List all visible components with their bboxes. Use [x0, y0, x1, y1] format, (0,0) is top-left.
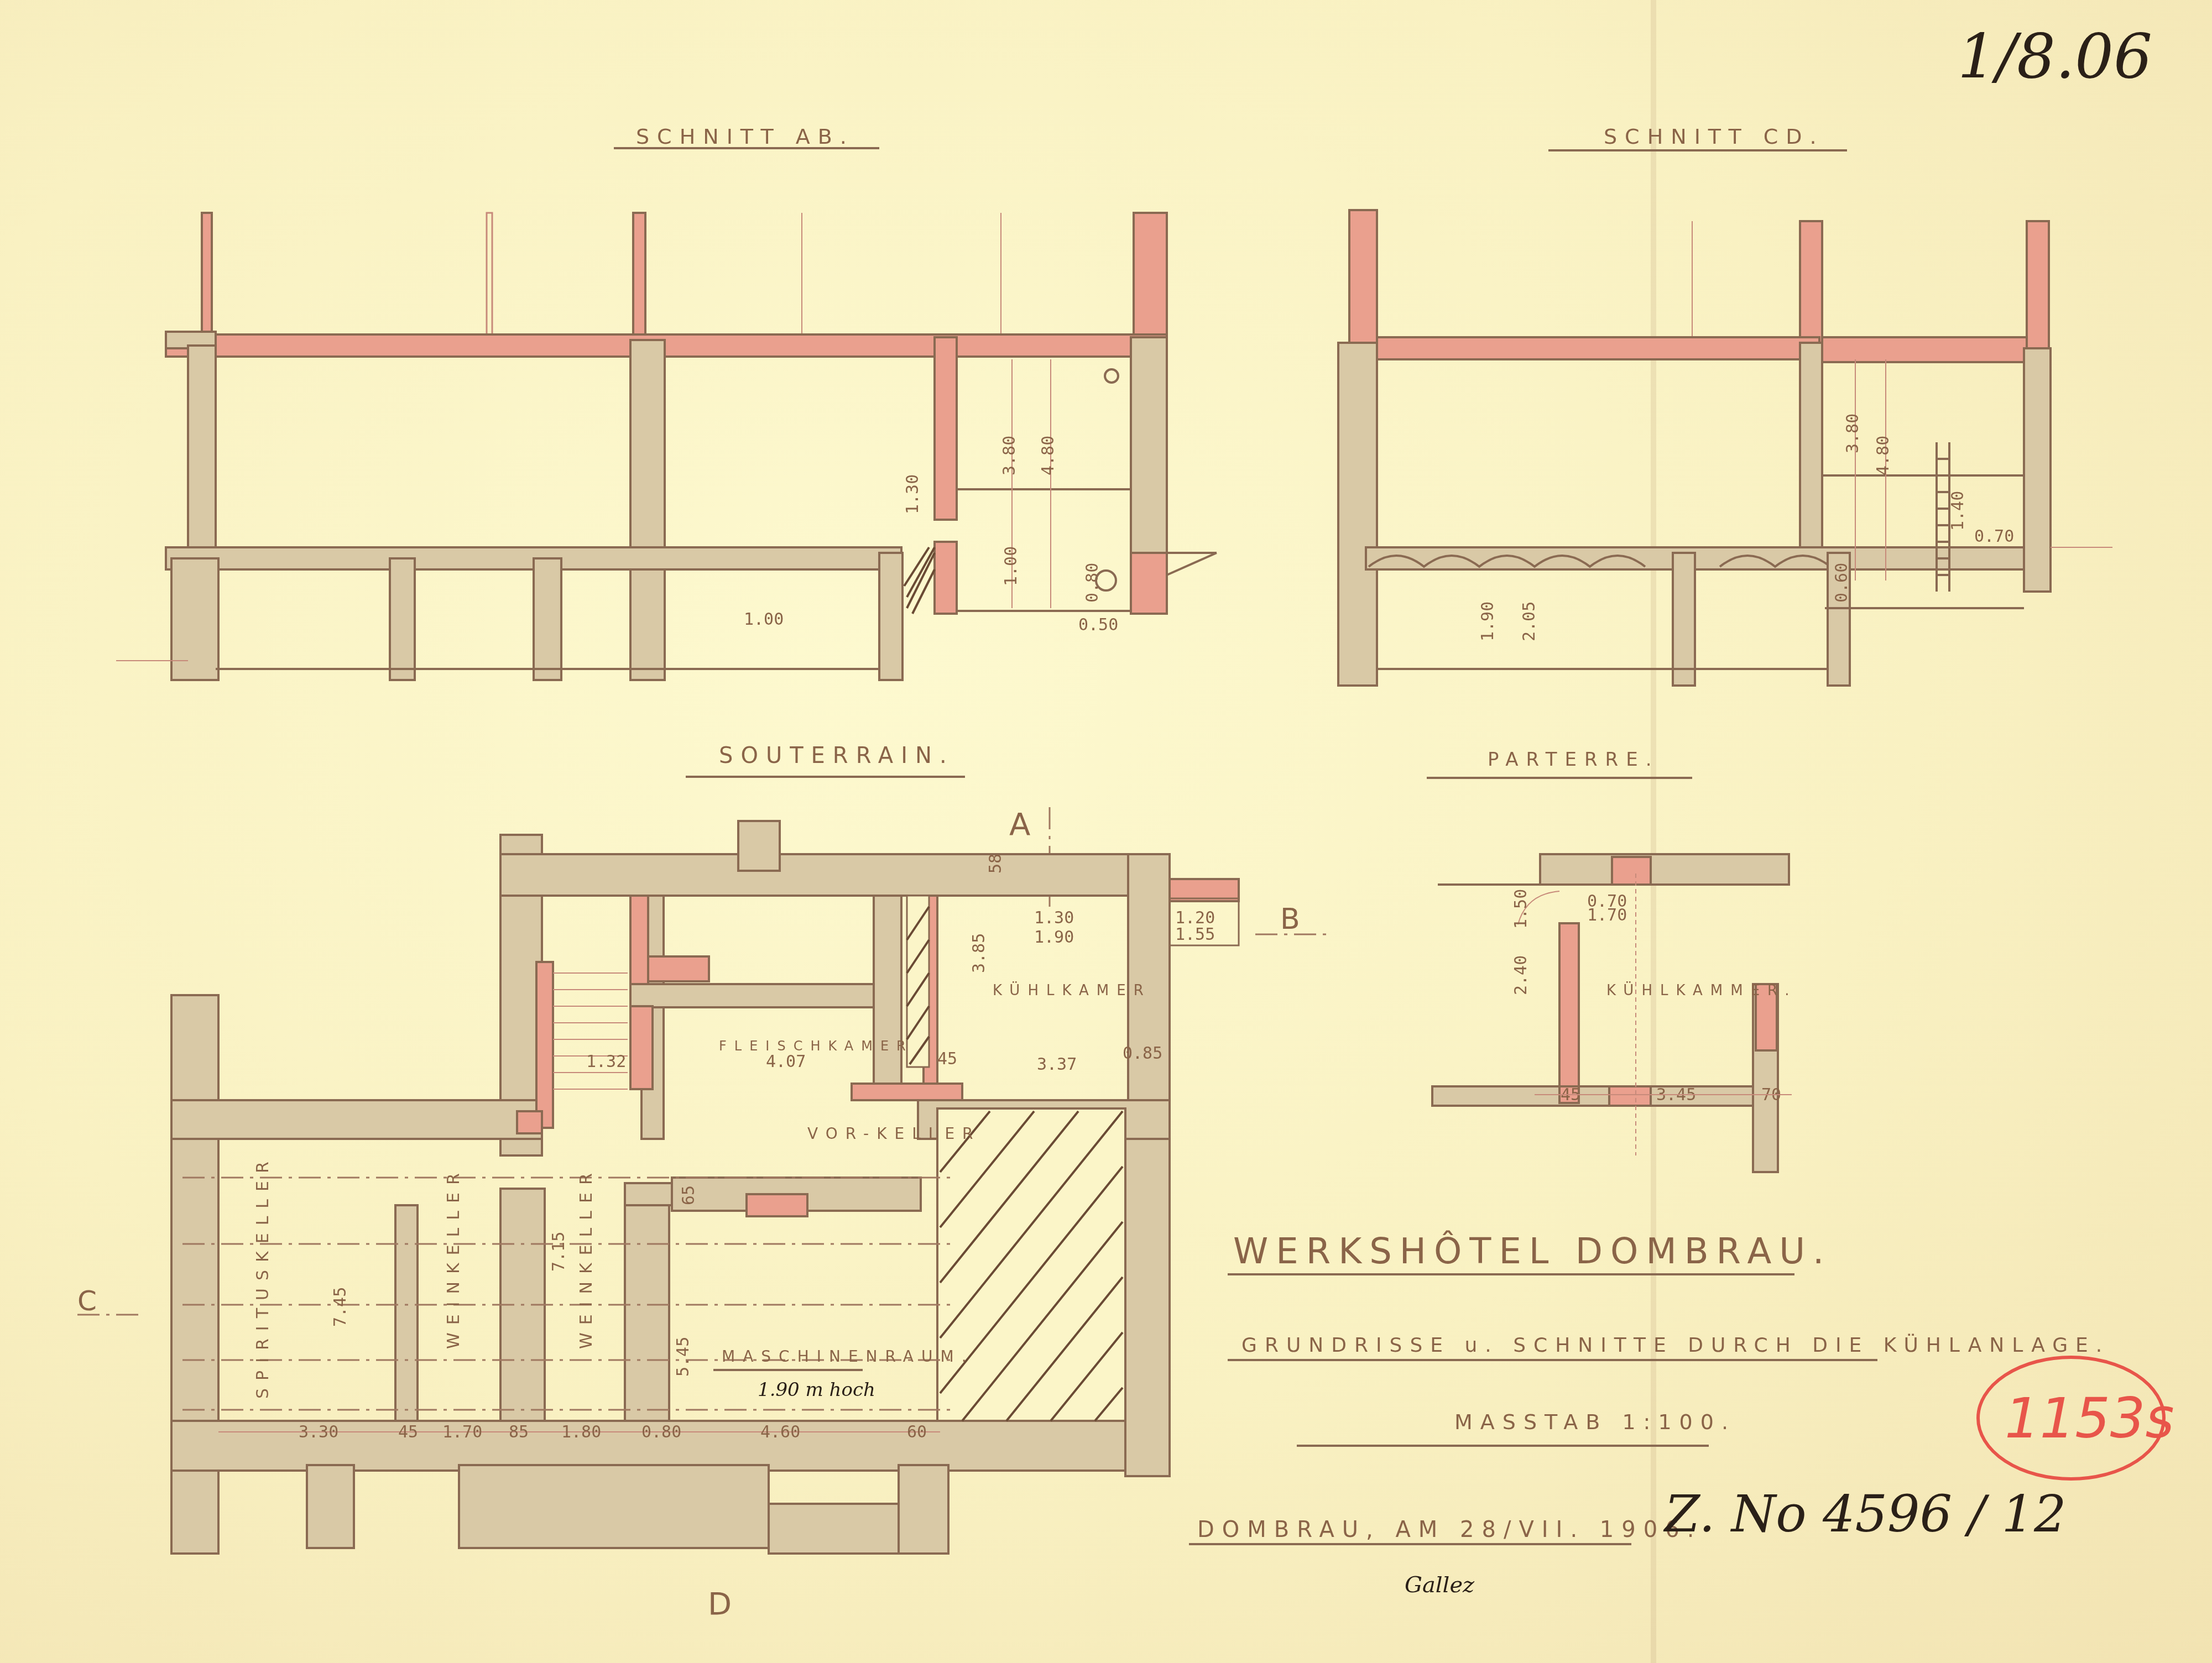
- svg-text:1.70: 1.70: [442, 1423, 482, 1442]
- svg-text:3.85: 3.85: [969, 933, 989, 973]
- svg-text:58: 58: [986, 854, 1005, 874]
- room-vorkeller: VOR-KELLER: [807, 1125, 981, 1143]
- plan-souterrain: SOUTERRAIN. A B C D: [77, 743, 1327, 1622]
- svg-text:7.15: 7.15: [549, 1232, 568, 1272]
- stamp-number: 1153s: [2005, 1386, 2174, 1451]
- svg-text:1.90: 1.90: [1034, 928, 1074, 947]
- plan-parterre: PARTERRE. KÜHLKAMMER. 2.40 1.50 0.70 1.7…: [1427, 749, 1797, 1172]
- svg-text:3.30: 3.30: [299, 1423, 338, 1442]
- svg-text:7.45: 7.45: [331, 1287, 350, 1327]
- place-and-date: DOMBRAU, AM 28/VII. 1906.: [1197, 1517, 1702, 1542]
- section-cd: SCHNITT CD. 3.80 4.80 1.90 2.05 0.60 1.4…: [1338, 124, 2112, 686]
- section-marker-c: C: [77, 1285, 105, 1317]
- svg-text:60: 60: [907, 1423, 927, 1442]
- svg-text:0.85: 0.85: [1123, 1044, 1162, 1063]
- svg-text:0.50: 0.50: [1078, 615, 1118, 635]
- section-marker-d: D: [708, 1586, 739, 1622]
- souterrain-title: SOUTERRAIN.: [719, 743, 954, 768]
- svg-text:4.60: 4.60: [760, 1423, 800, 1442]
- registry-number: Z. No 4596 / 12: [1663, 1484, 2067, 1544]
- svg-text:4.07: 4.07: [766, 1052, 806, 1071]
- svg-text:85: 85: [509, 1423, 529, 1442]
- architectural-drawing: SCHNITT AB.: [0, 0, 2212, 1663]
- section-ab-title: SCHNITT AB.: [636, 124, 854, 149]
- drawing-title: WERKSHÔTEL DOMBRAU.: [1233, 1230, 1832, 1272]
- machine-room-height-note: 1.90 m hoch: [758, 1379, 875, 1401]
- svg-text:1.90: 1.90: [1478, 602, 1498, 641]
- drawing-subtitle: GRUNDRISSE u. SCHNITTE DURCH DIE KÜHLANL…: [1241, 1333, 2110, 1357]
- svg-text:3.37: 3.37: [1037, 1055, 1077, 1074]
- svg-text:4.80: 4.80: [1874, 436, 1893, 475]
- room-weinkeller-1: WEINKELLER: [444, 1165, 463, 1349]
- parterre-title: PARTERRE.: [1488, 749, 1660, 771]
- svg-text:3.80: 3.80: [1000, 436, 1019, 475]
- svg-text:45: 45: [398, 1423, 418, 1442]
- svg-text:0.80: 0.80: [641, 1423, 681, 1442]
- room-kuehlkammer-parterre: KÜHLKAMMER.: [1606, 981, 1797, 999]
- svg-text:1.40: 1.40: [1948, 491, 1968, 531]
- svg-text:4.80: 4.80: [1039, 436, 1058, 475]
- room-kuehlkamer: KÜHLKAMER: [993, 981, 1151, 999]
- corner-date-note: 1/8.06: [1958, 21, 2152, 92]
- svg-text:1.00: 1.00: [744, 610, 784, 629]
- room-fleischkamer: FLEISCHKAMER: [719, 1038, 914, 1054]
- svg-text:1.32: 1.32: [586, 1052, 626, 1071]
- svg-text:1.80: 1.80: [561, 1423, 601, 1442]
- svg-text:1.70: 1.70: [1587, 906, 1627, 925]
- room-spirituskeller: SPIRITUSKELLER: [253, 1154, 273, 1399]
- svg-text:1.30: 1.30: [1034, 908, 1074, 928]
- svg-text:3.80: 3.80: [1843, 414, 1863, 453]
- svg-text:65: 65: [679, 1185, 698, 1205]
- section-marker-a: A: [1009, 807, 1038, 843]
- section-marker-b: B: [1280, 903, 1308, 936]
- drawing-scale: MASSTAB 1:100.: [1454, 1410, 1736, 1434]
- svg-text:0.80: 0.80: [1083, 563, 1102, 603]
- svg-text:1.50: 1.50: [1511, 889, 1531, 929]
- section-ab: SCHNITT AB.: [116, 124, 1217, 680]
- section-cd-title: SCHNITT CD.: [1604, 124, 1824, 149]
- room-weinkeller-2: WEINKELLER: [577, 1165, 596, 1349]
- svg-text:0.60: 0.60: [1832, 563, 1851, 603]
- svg-text:45: 45: [937, 1049, 957, 1069]
- title-block: WERKSHÔTEL DOMBRAU. GRUNDRISSE u. SCHNIT…: [1189, 1230, 2110, 1598]
- svg-text:2.05: 2.05: [1520, 602, 1539, 641]
- svg-text:1.00: 1.00: [1001, 546, 1021, 586]
- room-maschinenraum: MASCHINENRAUM.: [722, 1347, 974, 1366]
- archive-stamp: 1153s: [1978, 1357, 2174, 1479]
- signature: Gallez: [1405, 1572, 1475, 1598]
- svg-text:2.40: 2.40: [1511, 955, 1531, 995]
- svg-text:0.70: 0.70: [1974, 527, 2014, 546]
- svg-text:1.55: 1.55: [1175, 925, 1215, 944]
- svg-text:1.30: 1.30: [903, 474, 922, 514]
- svg-text:5.45: 5.45: [674, 1337, 693, 1377]
